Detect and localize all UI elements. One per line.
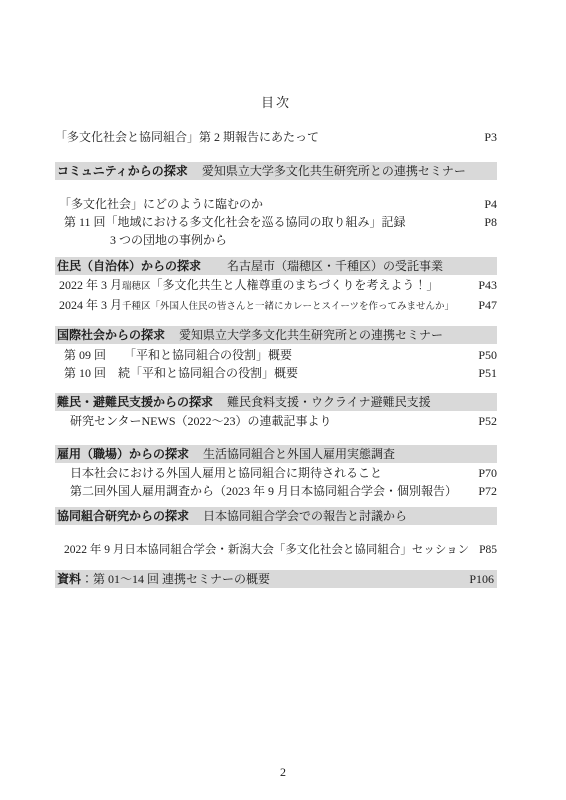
toc-item-text-small: 瑞穂区 bbox=[122, 282, 151, 292]
toc-item-text-segment: 研究センターNEWS（2022～23）の連載記事より bbox=[70, 414, 332, 428]
toc-section: コミュニティからの探求愛知県立大学多文化共生研究所との連携セミナー「多文化社会」… bbox=[55, 162, 497, 248]
toc-item: 日本社会における外国人雇用と協同組合に期待されることP70 bbox=[55, 465, 497, 481]
section-header-bar: 雇用（職場）からの探求生活協同組合と外国人雇用実態調査 bbox=[55, 445, 497, 463]
document-page: 目次 「多文化社会と協同組合」第 2 期報告にあたって P3 コミュニティからの… bbox=[0, 0, 566, 800]
toc-item-text: 日本社会における外国人雇用と協同組合に期待されること bbox=[70, 465, 382, 481]
page-ref: P52 bbox=[478, 413, 497, 429]
page-ref: P4 bbox=[484, 196, 497, 212]
section-items: 「多文化社会」にどのように臨むのかP4第 11 回「地域における多文化社会を巡る… bbox=[55, 196, 497, 248]
toc-item: 研究センターNEWS（2022～23）の連載記事よりP52 bbox=[55, 413, 497, 429]
toc-item-text-segment: 3 つの団地の事例から bbox=[110, 233, 227, 247]
section-header-bar: 難民・避難民支援からの探求難民食料支援・ウクライナ避難民支援 bbox=[55, 393, 497, 411]
page-ref: P51 bbox=[478, 365, 497, 381]
toc-item-text-segment: 第二回外国人雇用調査から（2023 年 9 月日本協同組合学会・個別報告） bbox=[70, 484, 457, 498]
toc-item: 第 11 回「地域における多文化社会を巡る協同の取り組み」記録P8 bbox=[55, 214, 497, 230]
section-items: 第 09 回 「平和と協同組合の役割」概要P50第 10 回 続「平和と協同組合… bbox=[55, 347, 497, 381]
toc-item-text: 2022 年 9 月日本協同組合学会・新潟大会「多文化社会と協同組合」セッション bbox=[64, 542, 469, 558]
section-heading: 資料 bbox=[57, 570, 81, 588]
section-page-ref: P106 bbox=[469, 570, 494, 588]
toc-item-text-segment: 2024 年 3 月 bbox=[59, 298, 122, 312]
toc-section: 資料：第 01～14 回 連携セミナーの概要P106 bbox=[55, 570, 497, 588]
toc-item-text: 第二回外国人雇用調査から（2023 年 9 月日本協同組合学会・個別報告） bbox=[70, 483, 457, 499]
section-items: 2022 年 9 月日本協同組合学会・新潟大会「多文化社会と協同組合」セッション… bbox=[55, 542, 497, 558]
toc-item-text-segment: 「多文化共生と人権尊重のまちづくりを考えよう！」 bbox=[151, 278, 439, 292]
toc-item-text-segment: 日本社会における外国人雇用と協同組合に期待されること bbox=[70, 466, 382, 480]
toc-section: 雇用（職場）からの探求生活協同組合と外国人雇用実態調査日本社会における外国人雇用… bbox=[55, 445, 497, 499]
toc-item: 2024 年 3 月千種区「外国人住民の皆さんと一緒にカレーとスイーツを作ってみ… bbox=[55, 297, 497, 315]
toc-content: 目次 「多文化社会と協同組合」第 2 期報告にあたって P3 コミュニティからの… bbox=[55, 0, 497, 588]
toc-item: 2022 年 9 月日本協同組合学会・新潟大会「多文化社会と協同組合」セッション… bbox=[55, 542, 497, 558]
page-ref: P43 bbox=[478, 277, 497, 293]
section-header-bar: 協同組合研究からの探求日本協同組合学会での報告と討議から bbox=[55, 507, 497, 525]
section-items: 研究センターNEWS（2022～23）の連載記事よりP52 bbox=[55, 413, 497, 429]
section-subheading: 日本協同組合学会での報告と討議から bbox=[203, 507, 407, 525]
section-heading: 国際社会からの探求 bbox=[57, 326, 165, 344]
section-subheading: 名古屋市（瑞穂区・千種区）の受託事業 bbox=[227, 257, 443, 275]
toc-item-text: 2024 年 3 月千種区「外国人住民の皆さんと一緒にカレーとスイーツを作ってみ… bbox=[59, 297, 454, 315]
section-heading: 協同組合研究からの探求 bbox=[57, 507, 189, 525]
toc-item-text: 第 11 回「地域における多文化社会を巡る協同の取り組み」記録 bbox=[64, 214, 406, 230]
toc-item-text: 第 09 回 「平和と協同組合の役割」概要 bbox=[64, 347, 292, 363]
toc-item-text-segment: 第 10 回 続「平和と協同組合の役割」概要 bbox=[64, 366, 298, 380]
toc-item: 第 09 回 「平和と協同組合の役割」概要P50 bbox=[55, 347, 497, 363]
toc-section: 協同組合研究からの探求日本協同組合学会での報告と討議から2022 年 9 月日本… bbox=[55, 507, 497, 558]
page-ref: P72 bbox=[478, 483, 497, 499]
toc-intro-page-ref: P3 bbox=[484, 129, 497, 145]
toc-item-text: 「多文化社会」にどのように臨むのか bbox=[59, 196, 263, 212]
toc-item-text-segment: 2022 年 3 月 bbox=[59, 278, 122, 292]
toc-item-text-segment: 「多文化社会」にどのように臨むのか bbox=[59, 197, 263, 211]
toc-item-text-segment: 第 09 回 「平和と協同組合の役割」概要 bbox=[64, 348, 292, 362]
toc-item-text: 第 10 回 続「平和と協同組合の役割」概要 bbox=[64, 365, 298, 381]
toc-item-text-small: 「外国人住民の皆さんと一緒にカレーとスイーツを作ってみませんか」 bbox=[151, 302, 454, 312]
toc-item: 3 つの団地の事例から bbox=[55, 232, 497, 248]
page-ref: P47 bbox=[478, 297, 497, 313]
toc-item-text: 研究センターNEWS（2022～23）の連載記事より bbox=[70, 413, 332, 429]
toc-item: 第 10 回 続「平和と協同組合の役割」概要P51 bbox=[55, 365, 497, 381]
page-title: 目次 bbox=[55, 95, 497, 111]
toc-sections: コミュニティからの探求愛知県立大学多文化共生研究所との連携セミナー「多文化社会」… bbox=[55, 162, 497, 588]
section-header-bar: 国際社会からの探求愛知県立大学多文化共生研究所との連携セミナー bbox=[55, 326, 497, 344]
toc-item-text: 2022 年 3 月瑞穂区「多文化共生と人権尊重のまちづくりを考えよう！」 bbox=[59, 277, 438, 295]
section-items: 日本社会における外国人雇用と協同組合に期待されることP70第二回外国人雇用調査か… bbox=[55, 465, 497, 499]
section-header-bar: コミュニティからの探求愛知県立大学多文化共生研究所との連携セミナー bbox=[55, 162, 497, 180]
page-ref: P85 bbox=[479, 542, 497, 558]
section-subheading: 難民食料支援・ウクライナ避難民支援 bbox=[227, 393, 431, 411]
section-heading: 住民（自治体）からの探求 bbox=[57, 257, 201, 275]
toc-item: 2022 年 3 月瑞穂区「多文化共生と人権尊重のまちづくりを考えよう！」P43 bbox=[55, 277, 497, 295]
toc-intro-row: 「多文化社会と協同組合」第 2 期報告にあたって P3 bbox=[55, 129, 497, 145]
toc-section: 住民（自治体）からの探求名古屋市（瑞穂区・千種区）の受託事業2022 年 3 月… bbox=[55, 257, 497, 315]
section-header-bar: 住民（自治体）からの探求名古屋市（瑞穂区・千種区）の受託事業 bbox=[55, 257, 497, 275]
toc-item-text-segment: 2022 年 9 月日本協同組合学会・新潟大会「多文化社会と協同組合」セッション bbox=[64, 544, 469, 556]
page-ref: P70 bbox=[478, 465, 497, 481]
section-subheading: 愛知県立大学多文化共生研究所との連携セミナー bbox=[202, 162, 466, 180]
toc-item: 「多文化社会」にどのように臨むのかP4 bbox=[55, 196, 497, 212]
footer-page-number: 2 bbox=[0, 765, 566, 780]
toc-item-text-segment: 第 11 回「地域における多文化社会を巡る協同の取り組み」記録 bbox=[64, 215, 406, 229]
toc-item-text: 3 つの団地の事例から bbox=[110, 232, 227, 248]
section-header-bar: 資料：第 01～14 回 連携セミナーの概要P106 bbox=[55, 570, 497, 588]
section-heading: 雇用（職場）からの探求 bbox=[57, 445, 189, 463]
section-heading: 難民・避難民支援からの探求 bbox=[57, 393, 213, 411]
toc-intro-text: 「多文化社会と協同組合」第 2 期報告にあたって bbox=[55, 129, 319, 145]
toc-section: 国際社会からの探求愛知県立大学多文化共生研究所との連携セミナー第 09 回 「平… bbox=[55, 326, 497, 381]
toc-item: 第二回外国人雇用調査から（2023 年 9 月日本協同組合学会・個別報告）P72 bbox=[55, 483, 497, 499]
section-heading: コミュニティからの探求 bbox=[57, 162, 188, 180]
section-subheading: 愛知県立大学多文化共生研究所との連携セミナー bbox=[179, 326, 443, 344]
section-items: 2022 年 3 月瑞穂区「多文化共生と人権尊重のまちづくりを考えよう！」P43… bbox=[55, 277, 497, 315]
section-subheading: ：第 01～14 回 連携セミナーの概要 bbox=[81, 570, 270, 588]
page-ref: P50 bbox=[478, 347, 497, 363]
toc-section: 難民・避難民支援からの探求難民食料支援・ウクライナ避難民支援研究センターNEWS… bbox=[55, 393, 497, 429]
section-subheading: 生活協同組合と外国人雇用実態調査 bbox=[203, 445, 395, 463]
page-ref: P8 bbox=[484, 214, 497, 230]
toc-item-text-small: 千種区 bbox=[122, 302, 151, 312]
